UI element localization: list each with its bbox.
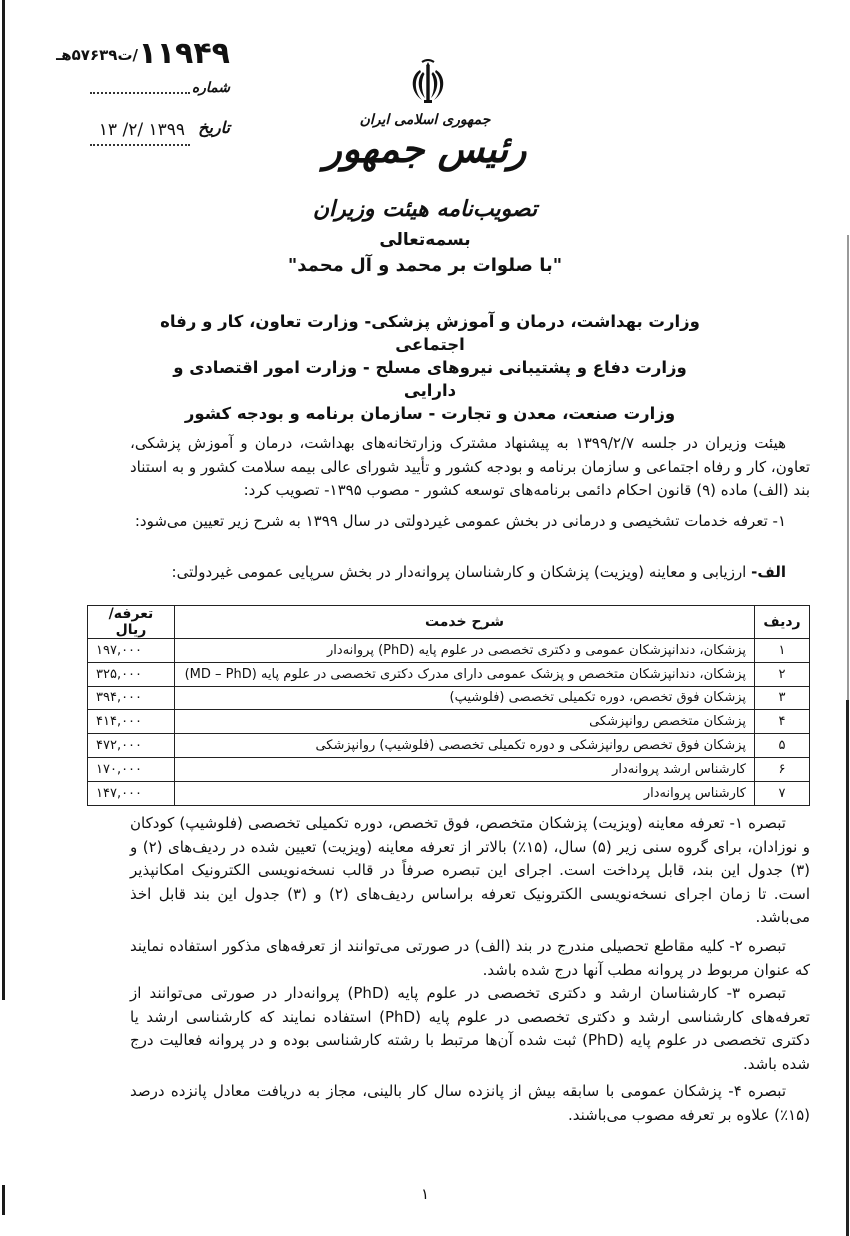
row-price: ۴۱۴,۰۰۰	[88, 710, 175, 734]
item-1-paragraph: ۱- تعرفه خدمات تشخیصی و درمانی در بخش عم…	[130, 510, 810, 534]
clause-alef-text: ارزیابی و معاینه (ویزیت) پزشکان و کارشنا…	[172, 563, 752, 581]
cabinet-approval-title: تصویب‌نامه هیئت وزیران	[0, 196, 850, 222]
row-price: ۱۴۷,۰۰۰	[88, 781, 175, 805]
table-row: ۱ پزشکان، دندانپزشکان عمومی و دکتری تخصص…	[88, 639, 810, 663]
scan-edge	[846, 700, 849, 1236]
header-row-number: ردیف	[755, 606, 810, 639]
clause-alef-paragraph: الف- ارزیابی و معاینه (ویزیت) پزشکان و ک…	[130, 561, 810, 585]
recipient-line: وزارت صنعت، معدن و تجارت - سازمان برنامه…	[150, 402, 710, 425]
iran-emblem-icon	[404, 56, 452, 108]
header-price: تعرفه/ریال	[88, 606, 175, 639]
row-price: ۳۲۵,۰۰۰	[88, 662, 175, 686]
header-description: شرح خدمت	[175, 606, 755, 639]
bismillah: بسمه‌تعالی	[0, 230, 850, 250]
row-description: پزشکان فوق تخصص روانپزشکی و دوره تکمیلی …	[175, 734, 755, 758]
row-description: پزشکان فوق تخصص، دوره تکمیلی تخصصی (فلوش…	[175, 686, 755, 710]
table-row: ۴ پزشکان متخصص روانپزشکی ۴۱۴,۰۰۰	[88, 710, 810, 734]
row-number: ۲	[755, 662, 810, 686]
row-description: پزشکان، دندانپزشکان متخصص و پزشک عمومی د…	[175, 662, 755, 686]
row-price: ۱۷۰,۰۰۰	[88, 757, 175, 781]
registration-code: /ت۵۷۶۳۹هـ	[56, 46, 138, 64]
intro-paragraph: هیئت وزیران در جلسه ۱۳۹۹/۲/۷ به پیشنهاد …	[130, 432, 810, 503]
table-row: ۳ پزشکان فوق تخصص، دوره تکمیلی تخصصی (فل…	[88, 686, 810, 710]
row-description: پزشکان متخصص روانپزشکی	[175, 710, 755, 734]
page-number: ۱	[0, 1185, 850, 1203]
president-title: رئیس جمهور	[0, 126, 850, 171]
table-row: ۵ پزشکان فوق تخصص روانپزشکی و دوره تکمیل…	[88, 734, 810, 758]
dotted-line	[90, 92, 190, 94]
row-price: ۱۹۷,۰۰۰	[88, 639, 175, 663]
table-row: ۷ کارشناس پروانه‌دار ۱۴۷,۰۰۰	[88, 781, 810, 805]
note-3-paragraph: تبصره ۳- کارشناسان ارشد و دکتری تخصصی در…	[130, 982, 810, 1076]
row-number: ۷	[755, 781, 810, 805]
row-number: ۳	[755, 686, 810, 710]
table-header-row: ردیف شرح خدمت تعرفه/ریال	[88, 606, 810, 639]
number-label: شماره	[192, 80, 230, 96]
row-number: ۴	[755, 710, 810, 734]
recipient-line: وزارت دفاع و پشتیبانی نیروهای مسلح - وزا…	[150, 356, 710, 402]
recipient-line: وزارت بهداشت، درمان و آموزش پزشکی- وزارت…	[150, 310, 710, 356]
table-row: ۲ پزشکان، دندانپزشکان متخصص و پزشک عمومی…	[88, 662, 810, 686]
note-4-paragraph: تبصره ۴- پزشکان عمومی با سابقه بیش از پا…	[130, 1080, 810, 1127]
row-number: ۶	[755, 757, 810, 781]
tariff-table: ردیف شرح خدمت تعرفه/ریال ۱ پزشکان، دندان…	[87, 605, 810, 806]
table-row: ۶ کارشناس ارشد پروانه‌دار ۱۷۰,۰۰۰	[88, 757, 810, 781]
row-description: کارشناس ارشد پروانه‌دار	[175, 757, 755, 781]
row-price: ۳۹۴,۰۰۰	[88, 686, 175, 710]
salavat: "با صلوات بر محمد و آل محمد"	[0, 255, 850, 276]
row-price: ۴۷۲,۰۰۰	[88, 734, 175, 758]
note-1-paragraph: تبصره ۱- تعرفه معاینه (ویزیت) پزشکان متخ…	[130, 812, 810, 930]
row-number: ۵	[755, 734, 810, 758]
recipients: وزارت بهداشت، درمان و آموزش پزشکی- وزارت…	[150, 310, 710, 425]
registration-number: ۱۱۹۴۹	[138, 36, 230, 71]
clause-alef-label: الف-	[751, 563, 786, 581]
row-number: ۱	[755, 639, 810, 663]
row-description: پزشکان، دندانپزشکان عمومی و دکتری تخصصی …	[175, 639, 755, 663]
note-2-paragraph: تبصره ۲- کلیه مقاطع تحصیلی مندرج در بند …	[130, 935, 810, 982]
row-description: کارشناس پروانه‌دار	[175, 781, 755, 805]
